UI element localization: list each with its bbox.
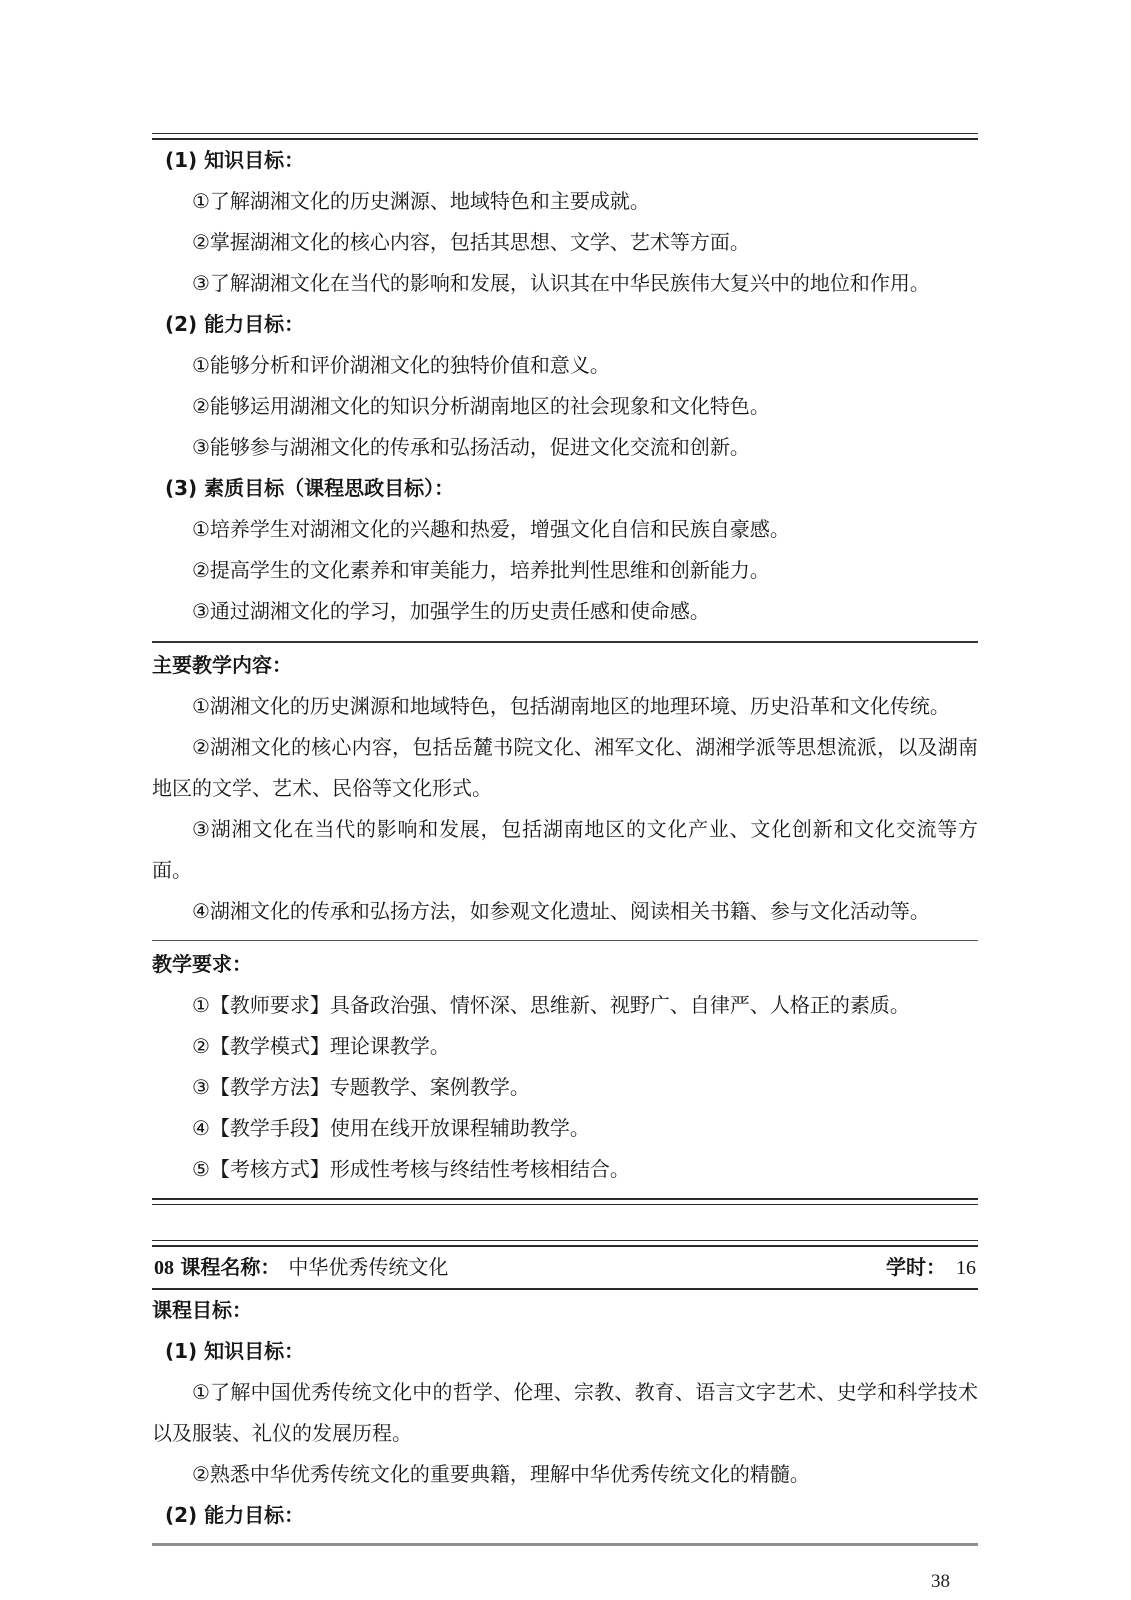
objective-heading-ability-08: (2) 能力目标： (152, 1495, 978, 1536)
page-number: 38 (152, 1562, 978, 1600)
course-goals-heading: 课程目标： (152, 1290, 978, 1331)
teaching-requirement-item: ③【教学方法】专题教学、案例教学。 (152, 1067, 978, 1108)
objective-item: ①了解中国优秀传统文化中的哲学、伦理、宗教、教育、语言文字艺术、史学和科学技术以… (152, 1372, 978, 1454)
objective-item: ①能够分析和评价湖湘文化的独特价值和意义。 (152, 345, 978, 386)
divider-page-bottom (152, 1543, 978, 1546)
section-knowledge-objectives: (1) 知识目标： ①了解湖湘文化的历史渊源、地域特色和主要成就。 ②掌握湖湘文… (152, 140, 978, 304)
objective-item: ②熟悉中华优秀传统文化的重要典籍，理解中华优秀传统文化的精髓。 (152, 1454, 978, 1495)
teaching-content-item: ③湖湘文化在当代的影响和发展，包括湖南地区的文化产业、文化创新和文化交流等方面。 (152, 809, 978, 891)
course-title-group: 08 课程名称：中华优秀传统文化 (154, 1247, 448, 1288)
divider-block-top (152, 133, 978, 140)
teaching-requirement-item: ⑤【考核方式】形成性考核与终结性考核相结合。 (152, 1149, 978, 1190)
course-header-row: 08 课程名称：中华优秀传统文化 学时：16 (152, 1247, 978, 1288)
document-page: (1) 知识目标： ①了解湖湘文化的历史渊源、地域特色和主要成就。 ②掌握湖湘文… (0, 0, 1131, 1600)
teaching-content-item: ②湖湘文化的核心内容，包括岳麓书院文化、湘军文化、湖湘学派等思想流派，以及湖南地… (152, 727, 978, 809)
divider-teaching-content (152, 641, 978, 643)
teaching-requirement-item: ②【教学模式】理论课教学。 (152, 1026, 978, 1067)
page-content: (1) 知识目标： ①了解湖湘文化的历史渊源、地域特色和主要成就。 ②掌握湖湘文… (152, 0, 978, 1600)
divider-block-end (152, 1198, 978, 1205)
objective-item: ③了解湖湘文化在当代的影响和发展，认识其在中华民族伟大复兴中的地位和作用。 (152, 263, 978, 304)
section-ability-objectives: (2) 能力目标： ①能够分析和评价湖湘文化的独特价值和意义。 ②能够运用湖湘文… (152, 304, 978, 468)
hours-label: 学时： (886, 1255, 946, 1279)
teaching-requirement-item: ④【教学手段】使用在线开放课程辅助教学。 (152, 1108, 978, 1149)
objective-heading-knowledge: (1) 知识目标： (152, 140, 978, 181)
course-name-label: 课程名称： (180, 1255, 280, 1279)
divider-teaching-requirements (152, 940, 978, 941)
block-spacer (152, 1205, 978, 1240)
course-header-box: 08 课程名称：中华优秀传统文化 学时：16 (152, 1240, 978, 1290)
hours-value: 16 (956, 1257, 976, 1279)
teaching-requirement-item: ①【教师要求】具备政治强、情怀深、思维新、视野广、自律严、人格正的素质。 (152, 985, 978, 1026)
objective-heading-ability: (2) 能力目标： (152, 304, 978, 345)
course-header-top-rule (152, 1240, 978, 1247)
section-teaching-content: 主要教学内容： ①湖湘文化的历史渊源和地域特色，包括湖南地区的地理环境、历史沿革… (152, 645, 978, 932)
teaching-requirements-heading: 教学要求： (152, 944, 978, 985)
objective-item: ②能够运用湖湘文化的知识分析湖南地区的社会现象和文化特色。 (152, 386, 978, 427)
objective-heading-quality: (3) 素质目标（课程思政目标）： (152, 468, 978, 509)
objective-item: ①培养学生对湖湘文化的兴趣和热爱，增强文化自信和民族自豪感。 (152, 509, 978, 550)
section-teaching-requirements: 教学要求： ①【教师要求】具备政治强、情怀深、思维新、视野广、自律严、人格正的素… (152, 944, 978, 1190)
objective-item: ③通过湖湘文化的学习，加强学生的历史责任感和使命感。 (152, 591, 978, 632)
course-hours-group: 学时：16 (886, 1247, 976, 1288)
section-course-goals: 课程目标： (1) 知识目标： ①了解中国优秀传统文化中的哲学、伦理、宗教、教育… (152, 1290, 978, 1536)
objective-item: ③能够参与湖湘文化的传承和弘扬活动，促进文化交流和创新。 (152, 427, 978, 468)
teaching-content-heading: 主要教学内容： (152, 645, 978, 686)
objective-item: ①了解湖湘文化的历史渊源、地域特色和主要成就。 (152, 181, 978, 222)
objective-heading-knowledge-08: (1) 知识目标： (152, 1331, 978, 1372)
section-quality-objectives: (3) 素质目标（课程思政目标）： ①培养学生对湖湘文化的兴趣和热爱，增强文化自… (152, 468, 978, 632)
objective-item: ②掌握湖湘文化的核心内容，包括其思想、文学、艺术等方面。 (152, 222, 978, 263)
course-name: 中华优秀传统文化 (288, 1255, 448, 1279)
teaching-content-item: ④湖湘文化的传承和弘扬方法，如参观文化遗址、阅读相关书籍、参与文化活动等。 (152, 891, 978, 932)
course-number: 08 (154, 1257, 174, 1279)
objective-item: ②提高学生的文化素养和审美能力，培养批判性思维和创新能力。 (152, 550, 978, 591)
teaching-content-item: ①湖湘文化的历史渊源和地域特色，包括湖南地区的地理环境、历史沿革和文化传统。 (152, 686, 978, 727)
